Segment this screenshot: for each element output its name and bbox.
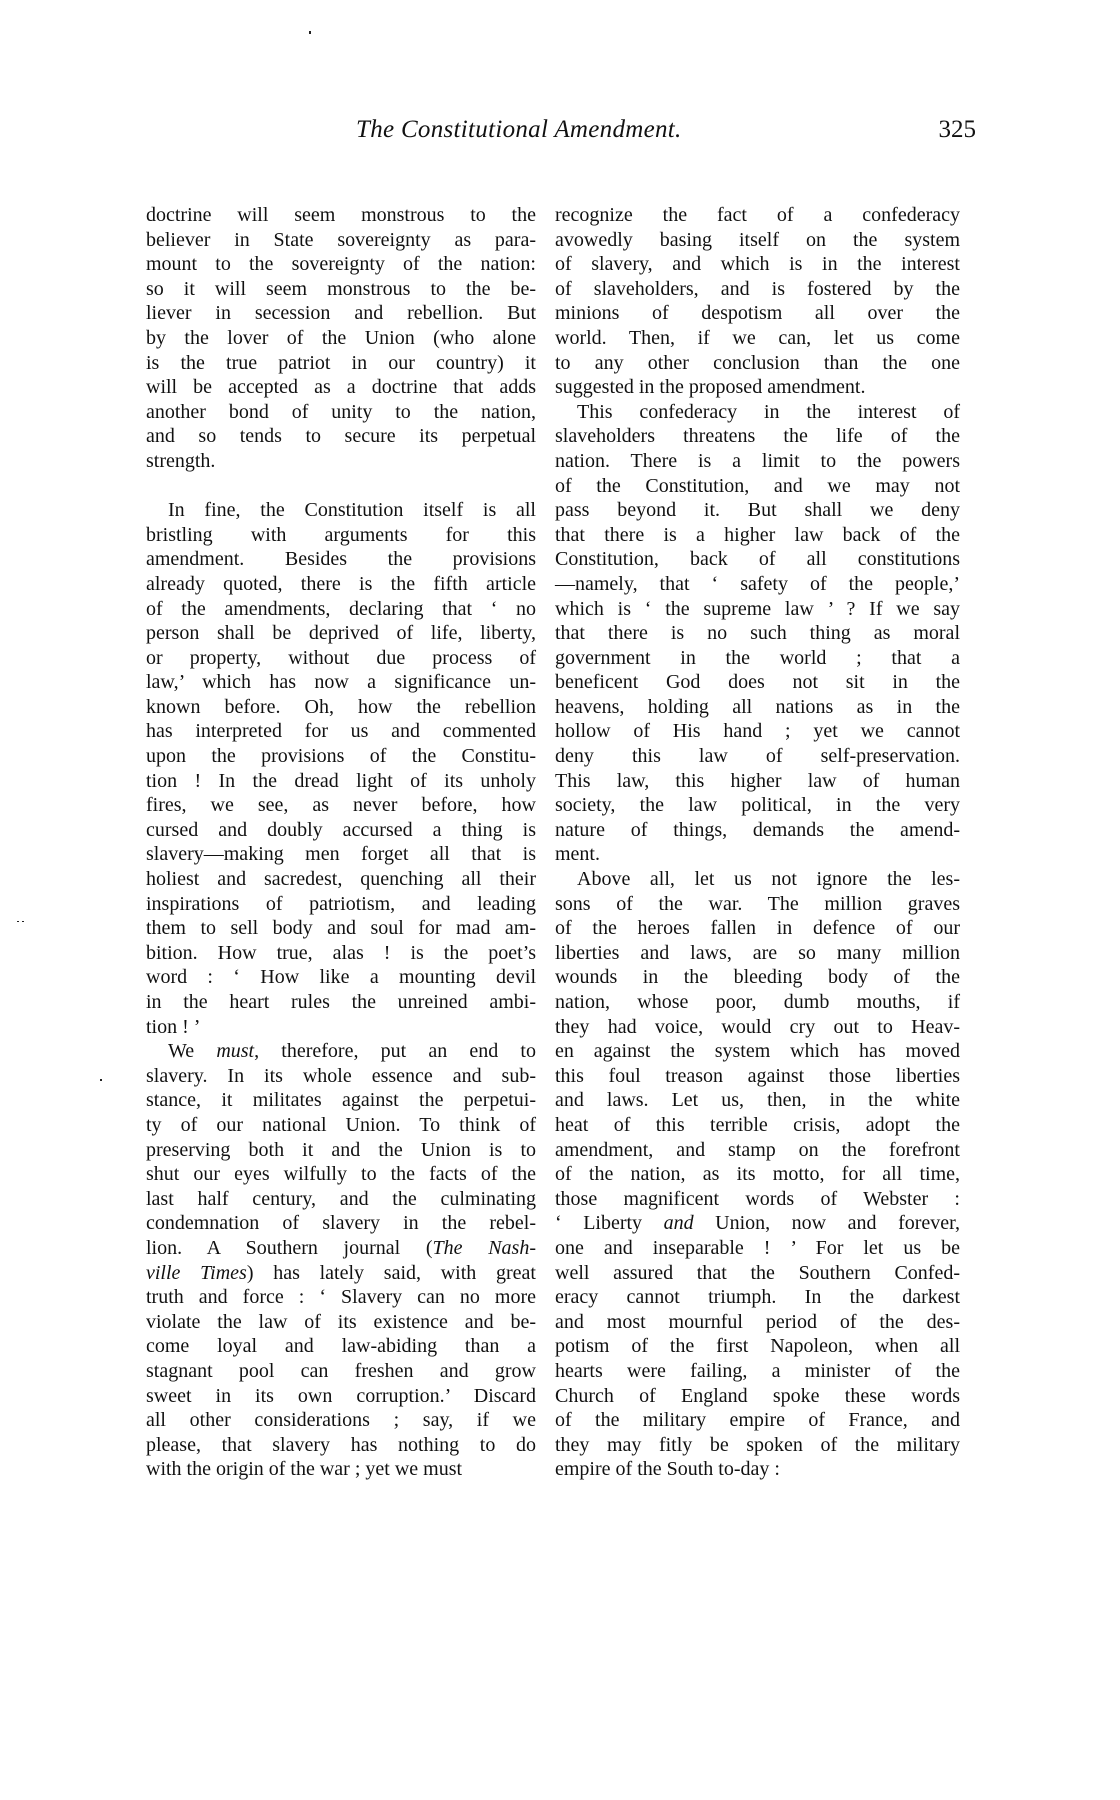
text-line: upon the provisions of the Constitu- [146, 744, 536, 769]
text-line: Constitution, back of all constitutions [555, 547, 960, 572]
text-line: world. Then, if we can, let us come [555, 326, 960, 351]
text-line: and so tends to secure its perpetual [146, 424, 536, 449]
text-run: violate the law of its existence and be- [146, 1311, 536, 1333]
text-line: inspirations of patriotism, and leading [146, 892, 536, 917]
text-line: heat of this terrible crisis, adopt the [555, 1113, 960, 1138]
text-line: they had voice, would cry out to Heav- [555, 1015, 960, 1040]
text-line: truth and force : ‘ Slavery can no more [146, 1285, 536, 1310]
paragraph: doctrine will seem monstrous to thebelie… [146, 203, 536, 474]
text-run: Above all, let us not ignore the les- [577, 868, 960, 890]
text-run: known before. Oh, how the rebellion [146, 696, 536, 718]
text-run: ) has lately said, with great [247, 1262, 536, 1284]
running-title: The Constitutional Amendment. [356, 116, 682, 144]
text-run: This law, this higher law of human [555, 770, 960, 792]
text-line: fires, we see, as never before, how [146, 793, 536, 818]
text-line: them to sell body and soul for mad am- [146, 916, 536, 941]
text-line: empire of the South to-day : [555, 1457, 960, 1482]
text-run: pass beyond it. But shall we deny [555, 499, 960, 521]
text-line: shut our eyes wilfully to the facts of t… [146, 1162, 536, 1187]
text-line: —namely, that ‘ safety of the people,’ [555, 572, 960, 597]
text-line: so it will seem monstrous to the be- [146, 277, 536, 302]
text-run: liberties and laws, are so many million [555, 942, 960, 964]
text-line: they may fitly be spoken of the military [555, 1433, 960, 1458]
text-line: bition. How true, alas ! is the poet’s [146, 941, 536, 966]
text-line: of the amendments, declaring that ‘ no [146, 597, 536, 622]
text-line: this foul treason against those libertie… [555, 1064, 960, 1089]
text-line: of the military empire of France, and [555, 1408, 960, 1433]
text-line: slaveholders threatens the life of the [555, 424, 960, 449]
print-speck [100, 1079, 102, 1081]
text-line: society, the law political, in the very [555, 793, 960, 818]
text-line: stance, it militates against the perpetu… [146, 1088, 536, 1113]
text-run: word : ‘ How like a mounting devil [146, 966, 536, 988]
text-run: mount to the sovereignty of the nation: [146, 253, 536, 275]
text-run: Union, now and forever, [694, 1212, 960, 1234]
text-run: tion ! In the dread light of its unholy [146, 770, 536, 792]
text-line: last half century, and the culminating [146, 1187, 536, 1212]
text-run: and so tends to secure its perpetual [146, 425, 536, 447]
text-run: will be accepted as a doctrine that adds [146, 376, 536, 398]
text-run: stagnant pool can freshen and grow [146, 1360, 536, 1382]
text-line: with the origin of the war ; yet we must [146, 1457, 536, 1482]
text-run: them to sell body and soul for mad am- [146, 917, 536, 939]
text-run: liever in secession and rebellion. But [146, 302, 536, 324]
text-line: bristling with arguments for this [146, 523, 536, 548]
text-run: believer in State sovereignty as para- [146, 229, 536, 251]
text-line: hollow of His hand ; yet we cannot [555, 719, 960, 744]
text-run: , therefore, put an end to [254, 1040, 536, 1062]
text-line: nature of things, demands the amend- [555, 818, 960, 843]
text-run: well assured that the Southern Confed- [555, 1262, 960, 1284]
text-run: condemnation of slavery in the rebel- [146, 1212, 536, 1234]
text-run: so it will seem monstrous to the be- [146, 278, 536, 300]
text-line: to any other conclusion than the one [555, 351, 960, 376]
text-run: slavery—making men forget all that is [146, 843, 536, 865]
text-run: ment. [555, 843, 600, 865]
text-run: wounds in the bleeding body of the [555, 966, 960, 988]
text-run: ty of our national Union. To think of [146, 1114, 536, 1136]
text-line: has interpreted for us and commented [146, 719, 536, 744]
paragraph: This confederacy in the interest ofslave… [555, 400, 975, 867]
text-line: and most mournful period of the des- [555, 1310, 960, 1335]
text-line: another bond of unity to the nation, [146, 400, 536, 425]
text-line: already quoted, there is the fifth artic… [146, 572, 536, 597]
text-line: Church of England spoke these words [555, 1384, 960, 1409]
text-run: lion. A Southern journal ( [146, 1237, 433, 1259]
text-line: This law, this higher law of human [555, 769, 960, 794]
text-line: ville Times) has lately said, with great [146, 1261, 536, 1286]
text-run: all other considerations ; say, if we [146, 1409, 536, 1431]
text-run: to any other conclusion than the one [555, 352, 960, 374]
text-run: they had voice, would cry out to Heav- [555, 1016, 960, 1038]
text-run: truth and force : ‘ Slavery can no more [146, 1286, 536, 1308]
text-line: of the nation, as its motto, for all tim… [555, 1162, 960, 1187]
italic-text: ville Times [146, 1262, 247, 1284]
text-run: and laws. Let us, then, in the white [555, 1089, 960, 1111]
text-line: ment. [555, 842, 960, 867]
text-run: suggested in the proposed amendment. [555, 376, 866, 398]
text-line: condemnation of slavery in the rebel- [146, 1211, 536, 1236]
text-run: eracy cannot triumph. In the darkest [555, 1286, 960, 1308]
text-run: and most mournful period of the des- [555, 1311, 960, 1333]
text-run: heavens, holding all nations as in the [555, 696, 960, 718]
text-line: wounds in the bleeding body of the [555, 965, 960, 990]
text-line: tion ! In the dread light of its unholy [146, 769, 536, 794]
text-run: upon the provisions of the Constitu- [146, 745, 536, 767]
text-line: is the true patriot in our country) it [146, 351, 536, 376]
text-line: strength. [146, 449, 536, 474]
text-line: by the lover of the Union (who alone [146, 326, 536, 351]
text-line: person shall be deprived of life, libert… [146, 621, 536, 646]
text-run: those magnificent words of Webster : [555, 1188, 960, 1210]
text-line: word : ‘ How like a mounting devil [146, 965, 536, 990]
text-run: recognize the fact of a confederacy [555, 204, 960, 226]
paragraph-gap [146, 474, 536, 499]
text-run: slavery. In its whole essence and sub- [146, 1065, 536, 1087]
text-line: violate the law of its existence and be- [146, 1310, 536, 1335]
text-line: government in the world ; that a [555, 646, 960, 671]
text-run: person shall be deprived of life, libert… [146, 622, 536, 644]
text-run: please, that slavery has nothing to do [146, 1434, 536, 1456]
text-run: ‘ Liberty [555, 1212, 664, 1234]
text-run: another bond of unity to the nation, [146, 401, 536, 423]
text-run: potism of the first Napoleon, when all [555, 1335, 960, 1357]
text-line: known before. Oh, how the rebellion [146, 695, 536, 720]
text-line: nation, whose poor, dumb mouths, if [555, 990, 960, 1015]
text-run: nation. There is a limit to the powers [555, 450, 960, 472]
text-line: hearts were failing, a minister of the [555, 1359, 960, 1384]
text-run: in the heart rules the unreined ambi- [146, 991, 536, 1013]
text-run: shut our eyes wilfully to the facts of t… [146, 1163, 536, 1185]
text-run: bition. How true, alas ! is the poet’s [146, 942, 536, 964]
text-line: stagnant pool can freshen and grow [146, 1359, 536, 1384]
text-line: will be accepted as a doctrine that adds [146, 375, 536, 400]
text-run: bristling with arguments for this [146, 524, 536, 546]
right-column: recognize the fact of a confederacyavowe… [555, 203, 975, 1482]
text-run: of slaveholders, and is fostered by the [555, 278, 960, 300]
page-number: 325 [939, 116, 977, 144]
text-line: liever in secession and rebellion. But [146, 301, 536, 326]
text-line: one and inseparable ! ’ For let us be [555, 1236, 960, 1261]
text-line: en against the system which has moved [555, 1039, 960, 1064]
text-line: nation. There is a limit to the powers [555, 449, 960, 474]
text-line: eracy cannot triumph. In the darkest [555, 1285, 960, 1310]
text-line: suggested in the proposed amendment. [555, 375, 960, 400]
text-run: empire of the South to-day : [555, 1458, 780, 1480]
text-line: minions of despotism all over the [555, 301, 960, 326]
text-run: strength. [146, 450, 215, 472]
text-line: of the Constitution, and we may not [555, 474, 960, 499]
text-line: recognize the fact of a confederacy [555, 203, 960, 228]
text-run: avowedly basing itself on the system [555, 229, 960, 251]
text-run: of slavery, and which is in the interest [555, 253, 960, 275]
text-run: We [168, 1040, 216, 1062]
text-run: heat of this terrible crisis, adopt the [555, 1114, 960, 1136]
text-line: lion. A Southern journal (The Nash- [146, 1236, 536, 1261]
text-run: amendment, and stamp on the forefront [555, 1139, 960, 1161]
left-column: doctrine will seem monstrous to thebelie… [146, 203, 536, 1482]
book-page: The Constitutional Amendment. 325 doctri… [0, 0, 1120, 1800]
text-run: by the lover of the Union (who alone [146, 327, 536, 349]
text-run: has interpreted for us and commented [146, 720, 536, 742]
text-run: is the true patriot in our country) it [146, 352, 536, 374]
text-run: hearts were failing, a minister of the [555, 1360, 960, 1382]
running-head: The Constitutional Amendment. 325 [146, 116, 976, 152]
text-run: law,’ which has now a significance un- [146, 671, 536, 693]
text-line: believer in State sovereignty as para- [146, 228, 536, 253]
paragraph: In fine, the Constitution itself is allb… [146, 498, 536, 1039]
italic-text: must [216, 1040, 254, 1062]
text-run: of the Constitution, and we may not [555, 475, 960, 497]
text-run: of the amendments, declaring that ‘ no [146, 598, 536, 620]
text-run: of the military empire of France, and [555, 1409, 960, 1431]
text-line: mount to the sovereignty of the nation: [146, 252, 536, 277]
text-line: doctrine will seem monstrous to the [146, 203, 536, 228]
text-run: This confederacy in the interest of [577, 401, 960, 423]
text-line: beneficent God does not sit in the [555, 670, 960, 695]
text-line: of slaveholders, and is fostered by the [555, 277, 960, 302]
text-run: last half century, and the culminating [146, 1188, 536, 1210]
text-line: and laws. Let us, then, in the white [555, 1088, 960, 1113]
text-run: with the origin of the war ; yet we must [146, 1458, 462, 1480]
italic-text: and [664, 1212, 694, 1234]
text-line: We must, therefore, put an end to [146, 1039, 536, 1064]
text-line: come loyal and law-abiding than a [146, 1334, 536, 1359]
text-line: all other considerations ; say, if we [146, 1408, 536, 1433]
text-run: slaveholders threatens the life of the [555, 425, 960, 447]
text-run: stance, it militates against the perpetu… [146, 1089, 536, 1111]
text-line: ‘ Liberty and Union, now and forever, [555, 1211, 960, 1236]
italic-text: The Nash- [433, 1237, 536, 1259]
text-run: which is ‘ the supreme law ’ ? If we say [555, 598, 960, 620]
text-run: doctrine will seem monstrous to the [146, 204, 536, 226]
text-line: of the heroes fallen in defence of our [555, 916, 960, 941]
text-run: hollow of His hand ; yet we cannot [555, 720, 960, 742]
text-line: please, that slavery has nothing to do [146, 1433, 536, 1458]
text-run: beneficent God does not sit in the [555, 671, 960, 693]
text-run: cursed and doubly accursed a thing is [146, 819, 536, 841]
print-speck [22, 921, 24, 922]
text-run: or property, without due process of [146, 647, 536, 669]
text-line: liberties and laws, are so many million [555, 941, 960, 966]
text-run: sweet in its own corruption.’ Discard [146, 1385, 536, 1407]
text-line: deny this law of self-preservation. [555, 744, 960, 769]
text-line: amendment. Besides the provisions [146, 547, 536, 572]
text-line: slavery—making men forget all that is [146, 842, 536, 867]
text-line: law,’ which has now a significance un- [146, 670, 536, 695]
text-run: that there is a higher law back of the [555, 524, 960, 546]
text-run: they may fitly be spoken of the military [555, 1434, 960, 1456]
text-line: pass beyond it. But shall we deny [555, 498, 960, 523]
text-line: of slavery, and which is in the interest [555, 252, 960, 277]
text-run: one and inseparable ! ’ For let us be [555, 1237, 960, 1259]
text-line: Above all, let us not ignore the les- [555, 867, 960, 892]
text-line: potism of the first Napoleon, when all [555, 1334, 960, 1359]
text-line: those magnificent words of Webster : [555, 1187, 960, 1212]
text-run: In fine, the Constitution itself is all [168, 499, 536, 521]
text-run: nation, whose poor, dumb mouths, if [555, 991, 960, 1013]
text-line: This confederacy in the interest of [555, 400, 960, 425]
print-speck [309, 31, 311, 34]
text-line: ty of our national Union. To think of [146, 1113, 536, 1138]
text-run: nature of things, demands the amend- [555, 819, 960, 841]
text-run: this foul treason against those libertie… [555, 1065, 960, 1087]
text-run: minions of despotism all over the [555, 302, 960, 324]
text-run: that there is no such thing as moral [555, 622, 960, 644]
paragraph: recognize the fact of a confederacyavowe… [555, 203, 975, 400]
text-line: that there is no such thing as moral [555, 621, 960, 646]
text-line: In fine, the Constitution itself is all [146, 498, 536, 523]
text-line: preserving both it and the Union is to [146, 1138, 536, 1163]
paragraph: We must, therefore, put an end toslavery… [146, 1039, 536, 1482]
text-line: that there is a higher law back of the [555, 523, 960, 548]
text-run: inspirations of patriotism, and leading [146, 893, 536, 915]
text-line: or property, without due process of [146, 646, 536, 671]
text-run: fires, we see, as never before, how [146, 794, 536, 816]
text-run: deny this law of self-preservation. [555, 745, 960, 767]
text-run: sons of the war. The million graves [555, 893, 960, 915]
text-run: —namely, that ‘ safety of the people,’ [555, 573, 960, 595]
text-line: amendment, and stamp on the forefront [555, 1138, 960, 1163]
text-run: Constitution, back of all constitutions [555, 548, 960, 570]
paragraph: Above all, let us not ignore the les-son… [555, 867, 975, 1482]
print-speck [17, 921, 19, 922]
text-line: which is ‘ the supreme law ’ ? If we say [555, 597, 960, 622]
text-line: tion ! ’ [146, 1015, 536, 1040]
text-line: sweet in its own corruption.’ Discard [146, 1384, 536, 1409]
text-line: holiest and sacredest, quenching all the… [146, 867, 536, 892]
text-run: tion ! ’ [146, 1016, 200, 1038]
text-run: come loyal and law-abiding than a [146, 1335, 536, 1357]
text-run: of the nation, as its motto, for all tim… [555, 1163, 960, 1185]
text-line: heavens, holding all nations as in the [555, 695, 960, 720]
text-run: preserving both it and the Union is to [146, 1139, 536, 1161]
text-run: world. Then, if we can, let us come [555, 327, 960, 349]
text-line: in the heart rules the unreined ambi- [146, 990, 536, 1015]
text-run: amendment. Besides the provisions [146, 548, 536, 570]
text-run: Church of England spoke these words [555, 1385, 960, 1407]
text-run: of the heroes fallen in defence of our [555, 917, 960, 939]
text-line: well assured that the Southern Confed- [555, 1261, 960, 1286]
text-run: already quoted, there is the fifth artic… [146, 573, 536, 595]
text-line: slavery. In its whole essence and sub- [146, 1064, 536, 1089]
text-line: cursed and doubly accursed a thing is [146, 818, 536, 843]
text-run: government in the world ; that a [555, 647, 960, 669]
text-run: holiest and sacredest, quenching all the… [146, 868, 536, 890]
text-line: avowedly basing itself on the system [555, 228, 960, 253]
text-run: en against the system which has moved [555, 1040, 960, 1062]
text-run: society, the law political, in the very [555, 794, 960, 816]
text-line: sons of the war. The million graves [555, 892, 960, 917]
